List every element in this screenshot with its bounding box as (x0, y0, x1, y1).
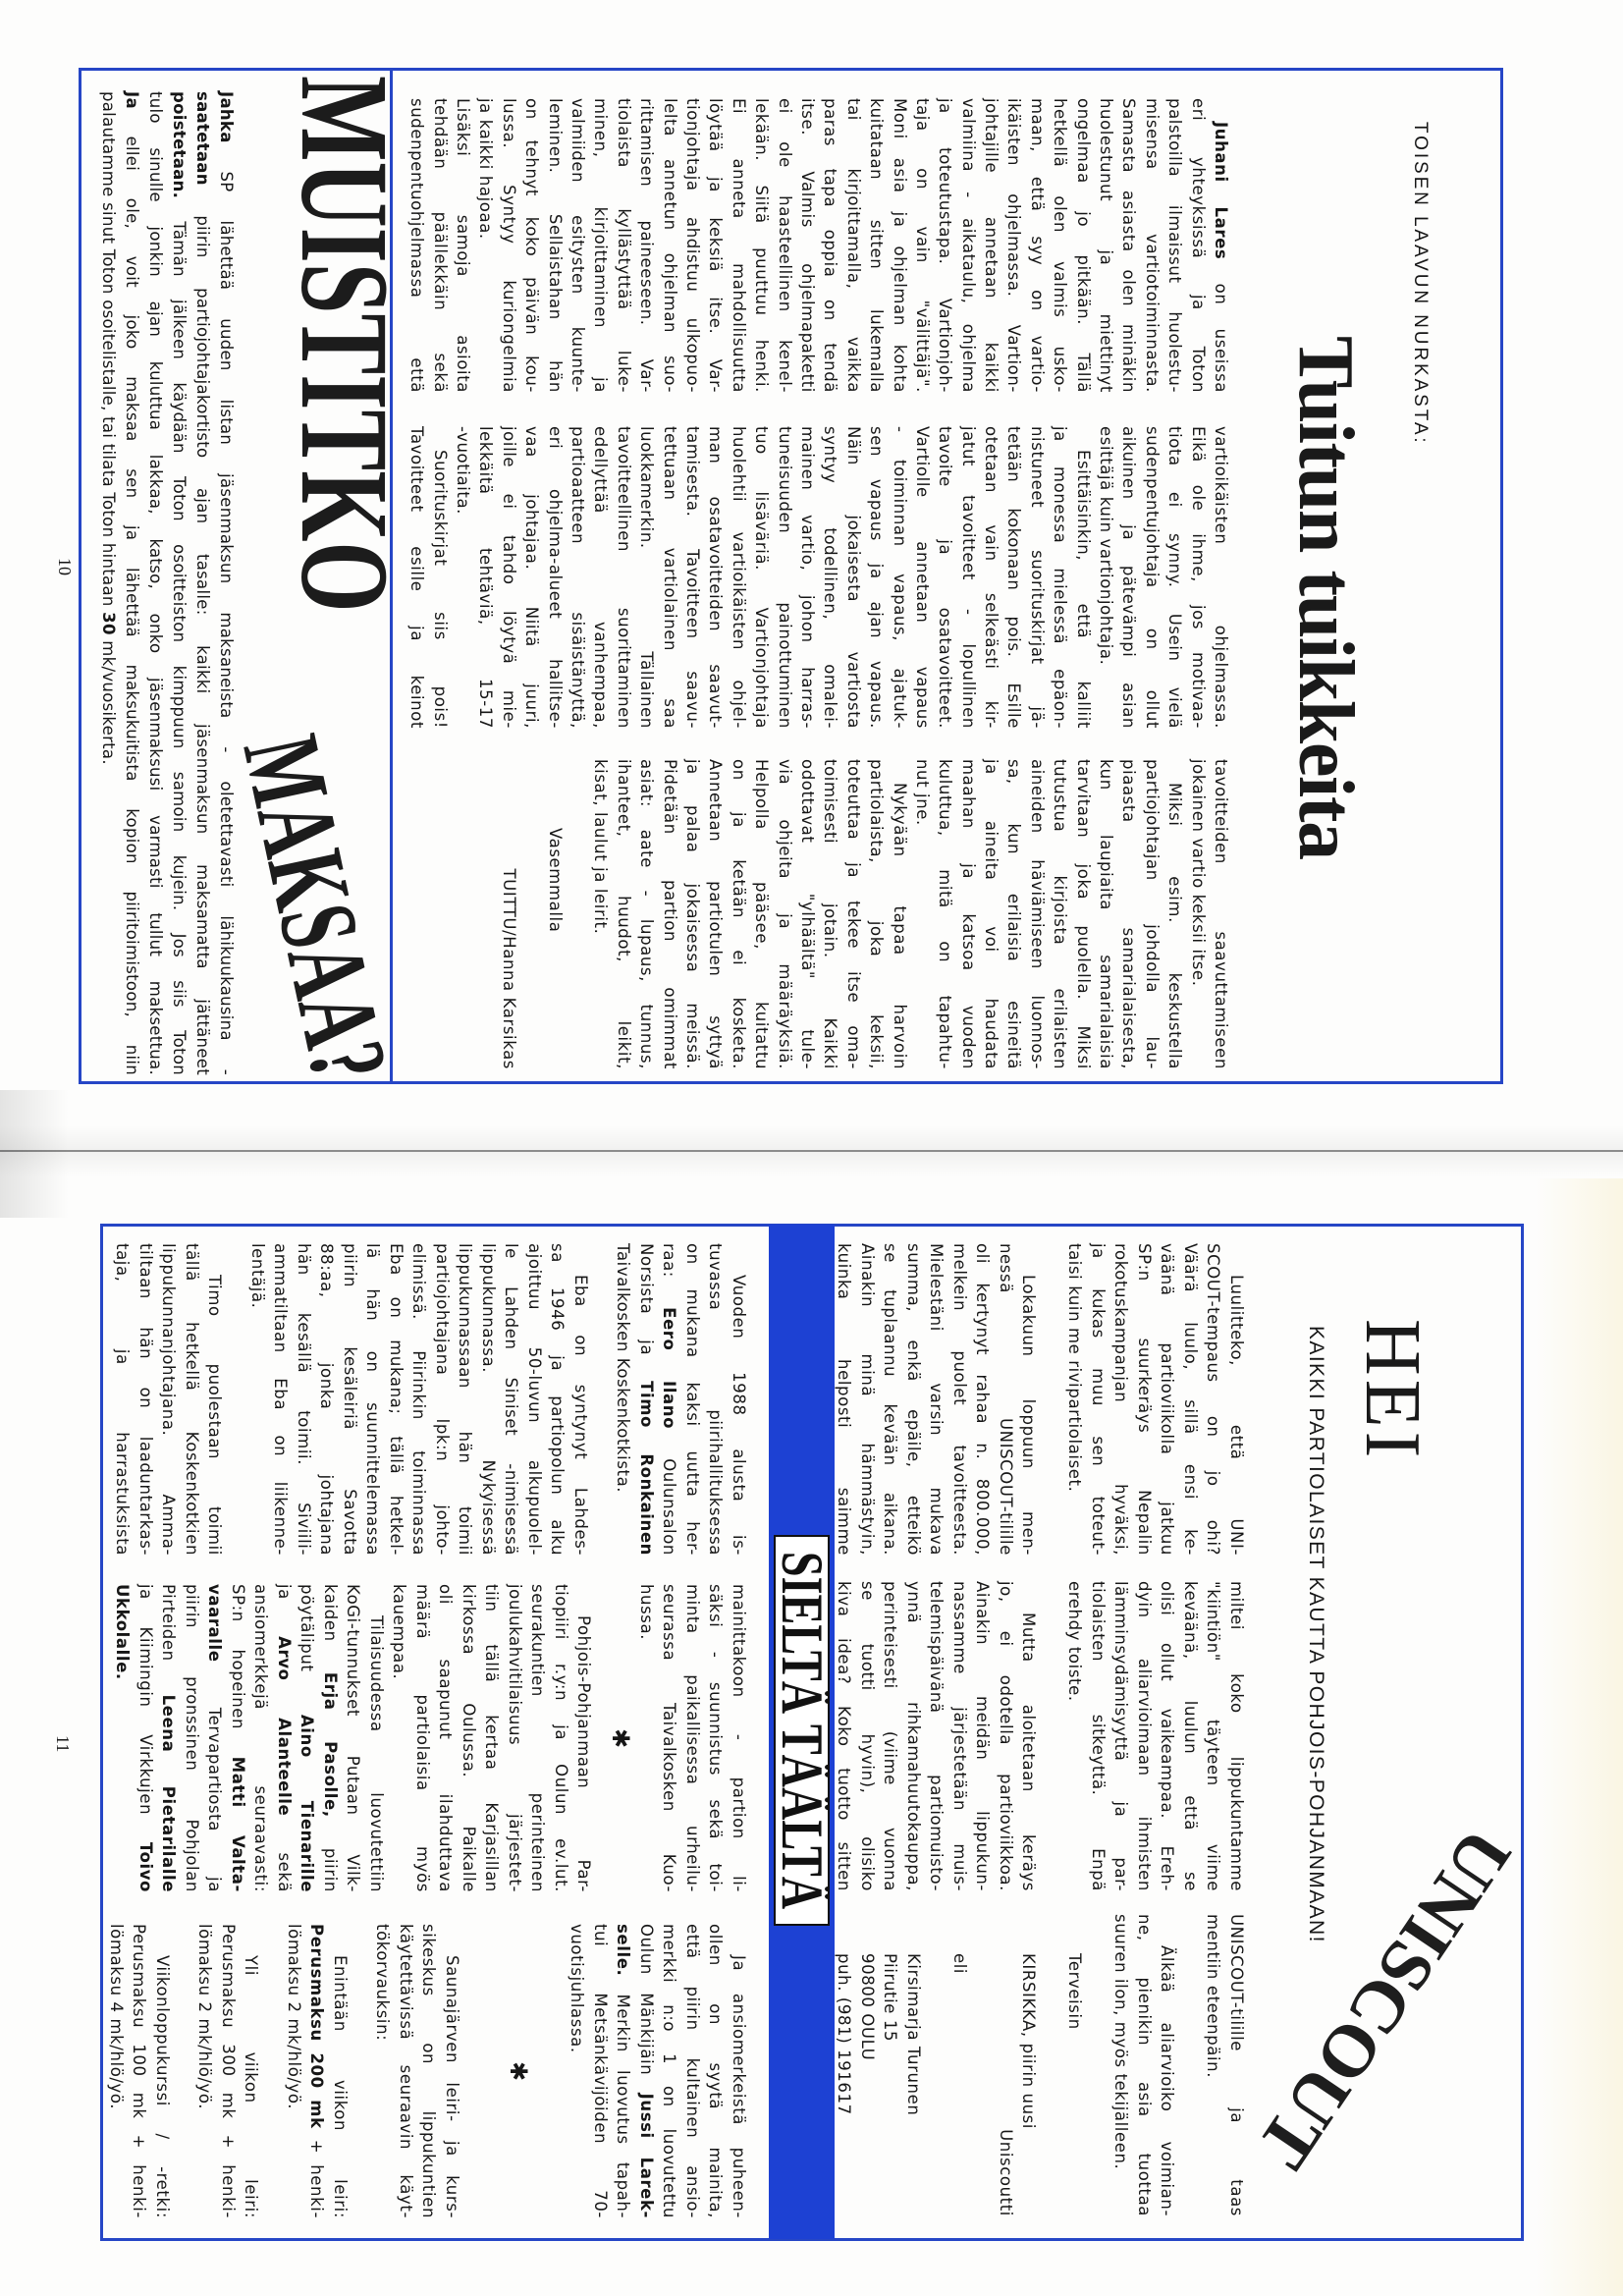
text-line: tiltaan hän on laaduntarkas- (135, 1243, 158, 1556)
text-line: kuinka helposti saimme (833, 1243, 856, 1556)
text-line: ongelmaa jo pitkään. Tällä (1071, 98, 1094, 393)
text-line: lömaksu 2 mk/hlö/yö. (283, 1924, 306, 2218)
text-line: tarvitaan joka puolella. Miksi (1071, 759, 1094, 1069)
text-line: odottavat "ylhäältä" tule- (796, 759, 819, 1069)
paragraph: Juhani Lares on useissaeri yhteyksissä j… (474, 98, 1232, 393)
text-line: kuluttua, mitä on tapahtu- (934, 759, 956, 1069)
text-line: palstoilla ilmaissut huolestu- (1163, 98, 1186, 393)
page-number: 10 (56, 558, 74, 575)
text-line: jokainen vartio keksii itse. (1186, 759, 1209, 1069)
bold-text-run: poistetaan. (170, 91, 189, 198)
text-line: partiolaista, joka keksii, (865, 759, 888, 1069)
text-line: johtajille annetaan kaikki (980, 98, 1002, 393)
text-line: leminen. Sellaistahan hän (543, 98, 566, 393)
text-line: tuneisuuden painottuminen (773, 426, 795, 729)
text-run: Merkin luovutus tapah- (615, 1976, 633, 2218)
paragraph: Pohjois-Pohjanmaan Par-tiopiiri r.y:n ja… (388, 1584, 596, 1892)
text-line: tiopiiri r.y:n ja Oulun ev.lut. (550, 1584, 573, 1892)
text-line: 90800 OULU (856, 1914, 880, 2216)
text-line: seurakuntien perinteinen (526, 1584, 550, 1892)
text-line: summa, enkä epäile, etteikö (902, 1243, 926, 1556)
text-line: Nykyään tapaa harvoin (888, 759, 910, 1069)
paragraph: Eba on syntynyt Lahdes-sa 1946 ja partio… (246, 1243, 593, 1556)
paragraph: Saunajärven leiri- ja kurs-sikeskus on l… (371, 1924, 463, 2218)
text-line: tiolaista kyllästyttää luke- (612, 98, 634, 393)
paragraph: mainittakoon - partion li-säksi - suunni… (635, 1584, 751, 1892)
page-fold-line (0, 1150, 1623, 1152)
section-banner-text: SIELTÄ TÄÄLTÄ (776, 1552, 828, 1909)
signature-role: Uniscoutti (995, 1914, 1018, 2216)
text-line: Lisäksi samoja asioita (452, 98, 474, 393)
page-curl-shadow (0, 1090, 69, 1218)
text-line: valmiiden esitysten kuunte- (567, 98, 589, 393)
text-line: tutustua kirjoista erilaisten (1049, 759, 1071, 1069)
column-kicker: TOISEN LAAVUN NURKASTA: (1411, 122, 1430, 446)
text-line: lippukunnassa. Nykyisessä (477, 1243, 501, 1556)
text-line: Taivalkosken Koskenkotkista. (612, 1243, 635, 1556)
text-line: joille ei tahdo löytyä mie- (498, 426, 520, 729)
bold-text-run: Erja Pasolle, (321, 1672, 340, 1818)
text-line: erehdy toiste. (1063, 1581, 1087, 1891)
article-column-3: tavoitteiden saavuttamiseenjokainen vart… (498, 759, 1233, 1069)
page-11: HEI KAIKKI PARTIOLAISET KAUTTA POHJOIS-P… (102, 1225, 1523, 2239)
signature-name: KIRSIKKA, piirin uusi (1017, 1914, 1041, 2216)
paragraph: Tilaisuudessa luovutettiinKoGi-tunnukset… (111, 1584, 388, 1892)
paragraph: UNISCOUT-tilille ja taasmentiin eteenpäi… (1202, 1914, 1248, 2216)
text-line: tamisesta. Tavoitteen saavu- (681, 426, 704, 729)
text-run: kaiden (321, 1584, 340, 1672)
text-line: telemispäivänä partiomuisto- (925, 1581, 948, 1891)
text-line: Pohjois-Pohjanmaan Par- (572, 1584, 596, 1892)
text-line: lelta annetun ohjelman suo- (658, 98, 680, 393)
text-line: se tuotti hyvin), olisiko (856, 1581, 880, 1891)
text-line: taja on vain "välittäjä". (911, 98, 934, 393)
text-line: joulukahvitilaisuus järjestet- (504, 1584, 527, 1892)
text-line: on ja ketään ei kosketa. (727, 759, 749, 1069)
article-column-1: Juhani Lares on useissaeri yhteyksissä j… (406, 98, 1232, 393)
text-line: käytettävissä seuraavin käyt- (395, 1924, 418, 2218)
text-line: le Lahden Siniset -nimisessä (500, 1243, 523, 1556)
text-line: SCOUT-tempaus on jo ohi? (1202, 1243, 1225, 1556)
text-line: minta paikallisessa urheilu- (681, 1584, 705, 1892)
text-line: ei ole haasteellinen kenel- (773, 98, 795, 393)
text-line: Juhani Lares on useissa (1210, 98, 1232, 393)
text-run: SP lähettää uuden listan jäsenmaksun mak… (217, 143, 236, 1075)
text-run: + henki- (308, 2129, 327, 2218)
text-line: Timo puolestaan toimii (203, 1243, 227, 1556)
text-line: kiva idea? Koko tuotto sitten (833, 1581, 856, 1891)
text-line: lippukunnassaan hän toimii (454, 1243, 477, 1556)
text-line: tökorvauksin: (371, 1924, 395, 2218)
text-line: itse. Valmis ohjelmapaketti (796, 98, 819, 393)
text-line: -vuotiaita. (452, 426, 474, 729)
text-line: ja Kiimingin Virkkujen Toivo (135, 1584, 158, 1892)
text-line: että piirin kultainen ansio- (681, 1924, 705, 2218)
text-line: rokotuskampanjan hyväksi, (1109, 1243, 1133, 1556)
text-line: ja kaikki hajoaa. (474, 98, 497, 393)
text-line: Enintään viikon leiri: (329, 1924, 352, 2218)
text-line: oli kertynyt rahaa n. 800.000, (971, 1243, 995, 1556)
article-title: Tuitun tuikkeita (1286, 336, 1365, 859)
text-line: lä hän on suunnittelemassa (361, 1243, 385, 1556)
bold-text-run: Jahka (217, 91, 236, 143)
text-run: piirin partiojohtajakortisto ajan tasall… (193, 186, 212, 1075)
notice-heading-line-1: MUISTITKO (282, 76, 407, 613)
text-line: eli (948, 1914, 972, 2216)
text-run: palautamme sinut Toton osoitelistalle, t… (99, 91, 118, 612)
text-line: partiojohtajana lpk:n johto- (431, 1243, 455, 1556)
text-line: lekkäitä tehtäviä, 15-17 (474, 426, 497, 729)
asterisk-separator-icon: ✱ (596, 1584, 635, 1892)
text-line: selle. Merkin luovutus tapah- (612, 1924, 635, 2218)
text-line: Luulitteko, että UNI- (1225, 1243, 1249, 1556)
text-line: Näin jokaisesta vartiosta (841, 426, 864, 729)
text-line: ikäisten ohjelmassa. Vartion- (1002, 98, 1025, 393)
paragraph: vartioikäisten ohjelmassa.Eikä ole ihme,… (1095, 426, 1232, 729)
text-line: se tuplaannu kevään aikana. (879, 1243, 902, 1556)
text-line: nut jne. (911, 759, 934, 1069)
text-line: väänä partioviikolla jatkuu (1156, 1243, 1179, 1556)
paragraph: Ja ansiomerkeistä puheen-ollen on syytä … (566, 1924, 750, 2218)
text-line: nessä UNISCOUT-tilille (995, 1243, 1018, 1556)
text-line: vaa johtajaa. Niitä juuri, (520, 426, 543, 729)
text-line: toteuttaa ja tekee itse oma- (841, 759, 864, 1069)
paragraph: Älkää aliarvioiko voimian-ne, pienikin a… (1109, 1914, 1179, 2216)
article-column-2: vartioikäisten ohjelmassa.Eikä ole ihme,… (406, 426, 1232, 729)
text-line: Vartiolle annetaan vapaus (911, 426, 934, 729)
text-line: sikeskus on lippukuntien (417, 1924, 441, 2218)
text-line: mentiin eteenpäin. (1202, 1914, 1225, 2216)
text-line: sa 1946 ja partiopolun alku (546, 1243, 569, 1556)
text-line: partioaatteen sisäistänyttä, (567, 426, 589, 729)
text-line: KoGi-tunnukset Putaan Vilk- (342, 1584, 365, 1892)
text-line: man osatavoitteiden saavut- (704, 426, 727, 729)
text-line: Esittäisinkin, että kalliit (1071, 426, 1094, 729)
text-run: piirin (321, 1818, 340, 1892)
text-line: ja toteutustapa. Vartionjoh- (934, 98, 956, 393)
text-line: Tilaisuudessa luovutettiin (365, 1584, 389, 1892)
paper-edge-tint (1535, 1178, 1623, 2296)
bold-text-run: 30 (99, 612, 118, 635)
text-line: saatetaan piirin partiojohtajakortisto a… (190, 91, 214, 1075)
text-line: luokkamerkin. Tällainen (635, 426, 658, 729)
text-line: on mukana kaksi uutta her- (681, 1243, 705, 1556)
paragraph: Jahka SP lähettää uuden listan jäsenmaks… (96, 91, 238, 1075)
bold-text-run: Juhani Lares (1212, 122, 1230, 259)
text-line: ynnä rihkamahuutokauppa, (902, 1581, 926, 1891)
text-line: ja monessa mielessä epäon- (1049, 426, 1071, 729)
text-line: Mutta aloitetaan keräys (1017, 1581, 1041, 1891)
text-line: nassamme järjestetään muis- (948, 1581, 972, 1891)
text-line: elimissä. Piirinkin toiminnassa (407, 1243, 431, 1556)
paragraph: Timo puolestaan toimiitällä hetkellä Kos… (111, 1243, 227, 1556)
bold-text-run: Jussi Larek- (637, 2094, 656, 2218)
text-line: taisi kuin me rivipartiolaiset. (1063, 1243, 1087, 1556)
text-line: lekään. Siitä puuttuu henki. (750, 98, 773, 393)
text-line: syntyy todellinen, omalei- (819, 426, 841, 729)
price-item: Viikonloppukurssi / -retki:Perusmaksu 10… (105, 1924, 175, 2218)
paragraph: Nykyään tapaa harvoinpartiolaista, joka … (589, 759, 910, 1069)
text-line: tiota ei synny. Usein vielä (1163, 426, 1186, 729)
notice-body: Jahka SP lähettää uuden listan jäsenmaks… (96, 91, 238, 1075)
text-line: perinteisesti (viime vuonna (879, 1581, 902, 1891)
contact-address: Kirsimarja TurunenPiirutie 1590800 OULUp… (833, 1914, 925, 2216)
text-line: melkein puolet tavoitteesta. (948, 1243, 972, 1556)
text-line: - toiminnan vapaus, ajatuk- (888, 426, 910, 729)
bold-text-run: selle. (615, 1924, 633, 1976)
text-line: "kiintiön" täyteen viime (1202, 1581, 1225, 1891)
text-line: huolestunut ja miettinyt (1095, 98, 1117, 393)
text-line: lussa. Syntyy kuriongelmia (498, 98, 520, 393)
text-line: aineiden häviämiseen luonnos- (1025, 759, 1048, 1069)
text-line: piirin kesäleiriä Savotta (339, 1243, 362, 1556)
text-run: ja (275, 1584, 294, 1636)
text-run: Oulunsalon (661, 1429, 679, 1556)
text-line: lippukunnanjohtajana. Amma- (157, 1243, 181, 1556)
text-line: ammatiltaan Eba on liikenne- (269, 1243, 293, 1556)
text-line: sudenpentujohtaja on ollut (1140, 426, 1163, 729)
text-line: Norsista ja Timo Ronkainen (635, 1243, 659, 1556)
text-line: Annetaan partiotulen syttyä (704, 759, 727, 1069)
text-line: Saunajärven leiri- ja kurs- (441, 1924, 464, 2218)
text-line: tai kirjoittamalla, vaikka (841, 98, 864, 393)
text-line: rittamisen paineeseen. Var- (635, 98, 658, 393)
text-line: dyin aliarvioimaan ihmisten (1133, 1581, 1157, 1891)
text-line: vartioikäisten ohjelmassa. (1210, 426, 1232, 729)
text-line: ajoittuu 50-luvun alkupuolel- (523, 1243, 547, 1556)
price-item: Yli viikon leiri:Perusmaksu 300 mk + hen… (193, 1924, 263, 2218)
text-line: tällä hetkellä Koskenkotkien (181, 1243, 204, 1556)
text-line: toimisesti jotain. Kaikki (819, 759, 841, 1069)
bold-text-run: Matti Valta- (229, 1757, 247, 1892)
text-line: keväänä, luulun että se (1179, 1581, 1203, 1891)
text-line: SP:n suurkeräys Nepalin (1133, 1243, 1157, 1556)
paragraph: Lokakuun loppuun men-nessä UNISCOUT-tili… (833, 1243, 1041, 1556)
text-line: minen, kirjoittaminen ja (589, 98, 612, 393)
text-line: poistetaan. Tämän jälkeen käydään Toton … (167, 91, 190, 1075)
text-line: kauempaa. (388, 1584, 411, 1892)
text-run: Oulun Mänkijäin (637, 1924, 656, 2094)
bold-text-run: Arvo Alanteelle (275, 1636, 294, 1816)
text-line: Perusmaksu 300 mk + henki- (217, 1924, 241, 2218)
text-line: tiolaisten sitkeyttä. Enpä (1087, 1581, 1110, 1891)
text-line: Ukkolalle. (111, 1584, 135, 1892)
bold-text-run: Ja (123, 91, 141, 109)
page-subtitle: KAIKKI PARTIOLAISET KAUTTA POHJOIS-POHJA… (1306, 1326, 1326, 1943)
text-line: valmiina - aikataulu, ohjelma (956, 98, 979, 393)
intro-column-1: Luulitteko, että UNI-SCOUT-tempaus on jo… (833, 1243, 1248, 1556)
text-line: ne, pienikin asia tuottaa (1133, 1914, 1157, 2216)
page-10: TOISEN LAAVUN NURKASTA: Tuitun tuikkeita… (81, 69, 1502, 1082)
text-line: Väärä luulo, sillä ensi ke- (1179, 1243, 1203, 1556)
text-run: raa: (661, 1243, 679, 1307)
text-run: Tervapartiosta ja (206, 1663, 225, 1892)
price-item: Enintään viikon leiri:Perusmaksu 200 mk … (283, 1924, 352, 2218)
text-run: Norsista ja (637, 1243, 656, 1381)
text-line: ja kukas muu sen toteut- (1087, 1243, 1110, 1556)
paragraph: Esittäisinkin, että kalliitja monessa mi… (452, 426, 1095, 729)
text-line: vuotisjuhlassa. (566, 1924, 589, 2218)
text-line: Ainakin meidän lippukun- (971, 1581, 995, 1891)
bold-text-run: Perusmaksu 200 mk (308, 1924, 327, 2129)
text-line: Miksi esim. keskustella (1163, 759, 1186, 1069)
text-line: vaaralle Tervapartiosta ja (203, 1584, 227, 1892)
text-line: tionjohtaja ahdistuu ulkopuo- (681, 98, 704, 393)
bold-text-run: saatetaan (193, 91, 212, 186)
asterisk-separator-icon: ✱ (463, 1924, 566, 2218)
bold-text-run: Eero Ilano (661, 1307, 679, 1429)
text-line: esittäjä kuin vartionjohtaja. (1095, 426, 1117, 729)
text-line: Lokakuun loppuun men- (1017, 1243, 1041, 1556)
text-line: Viikonloppukurssi / -retki: (151, 1924, 175, 2218)
bold-text-run: Toivo (136, 1842, 155, 1892)
text-line: huolehtii vartioikäisten ohjel- (727, 426, 749, 729)
text-run: mk/vuosikerta. (99, 635, 118, 765)
news-column-1: Vuoden 1988 alusta is-tuvassa piirihalli… (111, 1243, 750, 1556)
text-line: tui Metsänkävijöiden 70- (589, 1924, 613, 2218)
text-line: tavoite ja osatavoitteet. (934, 426, 956, 729)
text-line: Oulun Mänkijäin Jussi Larek- (635, 1924, 659, 2218)
text-line: maahan ja katsoa vuoden (956, 759, 979, 1069)
paragraph: tavoitteiden saavuttamiseenjokainen vart… (1186, 759, 1232, 1069)
text-line: eri yhteyksissä ja Toton (1186, 98, 1209, 393)
text-line: Eikä ole ihme, jos motivaa- (1186, 426, 1209, 729)
text-line: Vasemmalla (543, 759, 566, 1069)
bold-text-run: Ukkolalle. (114, 1584, 133, 1680)
text-line: Vuoden 1988 alusta is- (728, 1243, 751, 1556)
text-line: Helpolla pääsee, kuitattu (750, 759, 773, 1069)
text-line: Suorituskirjat siis pois! (428, 426, 451, 729)
text-line: tuo lisäväriä. Vartionjohtaja (750, 426, 773, 729)
signature-connector: eli (948, 1914, 972, 2216)
text-line: Eba on syntynyt Lahdes- (569, 1243, 593, 1556)
text-line: löytää ja keksiä itse. Var- (704, 98, 727, 393)
text-line: Mielestäni varsin mukava (925, 1243, 948, 1556)
text-line: lömaksu 4 mk/hlö/yö. (105, 1924, 129, 2218)
text-line: Yli viikon leiri: (240, 1924, 263, 2218)
text-line: oli saapunut ilahduttava (434, 1584, 458, 1892)
text-line: hetkellä olen valmis usko- (1049, 98, 1071, 393)
text-line: taja, ja harrastuksista (111, 1243, 135, 1556)
text-line: Ei anneta mahdollisuutta (727, 98, 749, 393)
text-line: Eba on mukana; tällä hetkel- (385, 1243, 408, 1556)
text-run: Tämän jälkeen käydään Toton osoitteiston… (170, 198, 189, 1075)
text-line: lentäjä. (246, 1243, 270, 1556)
text-line: raa: Eero Ilano Oulunsalon (658, 1243, 681, 1556)
text-run: sekä (275, 1816, 294, 1892)
bold-text-run: Leena Pietarilalle (160, 1695, 179, 1892)
text-line: kaiden Erja Pasolle, piirin (319, 1584, 343, 1892)
text-line: merkki n:o 1 on luovutettu (658, 1924, 681, 2218)
paragraph: Mutta aloitetaan keräysjo, ei odotella p… (833, 1581, 1041, 1891)
text-run: ja Kiimingin Virkkujen (136, 1584, 155, 1842)
text-line: sen vapaus ja ajan vapaus. (865, 426, 888, 729)
text-line: kun laupiaita samarialaisia (1095, 759, 1117, 1069)
text-run: on useissa (1212, 259, 1230, 393)
news-column-3: Ja ansiomerkeistä puheen-ollen on syytä … (105, 1924, 751, 2218)
text-line: lämminsydämisyyttä ja par- (1109, 1581, 1133, 1891)
text-line: misensa vartiotoiminnasta. (1140, 98, 1163, 393)
paragraph: Vuoden 1988 alusta is-tuvassa piirihalli… (612, 1243, 750, 1556)
text-line: ja Arvo Alanteelle sekä (273, 1584, 297, 1892)
text-line: via ohjeita ja määräyksiä. (773, 759, 795, 1069)
text-line: SP:n hopeinen Matti Valta- (227, 1584, 250, 1892)
page-number: 11 (54, 1735, 72, 1752)
text-line: Pirteiden Leena Pietarilalle (157, 1584, 181, 1892)
text-line: jo, ei odotella partioviikkoa. (995, 1581, 1018, 1891)
intro-column-2: miltei koko lippukuntamme"kiintiön" täyt… (833, 1581, 1248, 1891)
text-line: seurassa Taivalkosken Kuo- (658, 1584, 681, 1892)
paragraph: Lisäksi samoja asioitatehdään päällekkäi… (406, 98, 474, 393)
text-line: piirin pronssinen Pohjolan (181, 1584, 204, 1892)
text-line: tulo sinulle jonkin ajan kuluttua lakkaa… (143, 91, 167, 1075)
greeting: Terveisin (1063, 1914, 1087, 2216)
text-line: Perusmaksu 100 mk + henki- (128, 1924, 151, 2218)
text-line: on tehnyt koko päivän kou- (520, 98, 543, 393)
text-line: tiin tällä kertaa Karjasillan (480, 1584, 504, 1892)
text-line: mainen vartio, johon harras- (796, 426, 819, 729)
text-line: maan, että syy on vartio- (1025, 98, 1048, 393)
section-banner-label: SIELTÄ TÄÄLTÄ (774, 1535, 830, 1926)
text-line: ihanteet, huudot, leikit, (612, 759, 634, 1069)
page-title: HEI (1353, 1319, 1432, 1461)
text-line: 88:aa, jonka johtajana (315, 1243, 339, 1556)
text-line: UNISCOUT-tilille ja taas (1225, 1914, 1249, 2216)
text-run: ellei ole, voit joko maksaa sen ja lähet… (123, 109, 141, 1075)
paragraph: miltei koko lippukuntamme"kiintiön" täyt… (1063, 1581, 1248, 1891)
text-line: Piirutie 15 (879, 1914, 902, 2216)
text-line: tettuaan vartiolainen saa (658, 426, 680, 729)
text-line: Terveisin (1063, 1914, 1087, 2216)
text-line: hän kesällä toimii. Siviili- (293, 1243, 316, 1556)
text-line: jatut tavoitteet - lopullinen (956, 426, 979, 729)
text-line: tetään kokonaan pois. Esille (1002, 426, 1025, 729)
text-line: suuren ilon, myös tekijälleen. (1109, 1914, 1133, 2216)
text-run: SP:n hopeinen (229, 1584, 247, 1757)
text-line: Perusmaksu 200 mk + henki- (305, 1924, 329, 2218)
text-run: pöytäliput (298, 1584, 317, 1715)
text-line: piaasta samarialaisesta, (1117, 759, 1140, 1069)
text-run: Pirteiden (160, 1584, 179, 1695)
text-line: pöytäliput Aino Tienarille (296, 1584, 319, 1892)
text-line: Ja ellei ole, voit joko maksaa sen ja lä… (120, 91, 143, 1075)
paragraph: Luulitteko, että UNI-SCOUT-tempaus on jo… (1063, 1243, 1248, 1556)
text-line: kuitataan sitten lukemalla (865, 98, 888, 393)
text-line: nistuneet suorituskirjat jä- (1025, 426, 1048, 729)
text-line: kisat, laulut ja leirit. (589, 759, 612, 1069)
intro-column-3: UNISCOUT-tilille ja taasmentiin eteenpäi… (833, 1914, 1248, 2216)
text-line: puh. (981) 191617 (833, 1914, 856, 2216)
text-line: säksi - suunnistus sekä toi- (704, 1584, 728, 1892)
text-line: mainittakoon - partion li- (728, 1584, 751, 1892)
text-line: partiojohtajan johdolla lau- (1140, 759, 1163, 1069)
text-line: aikuinen ja pätevämpi asian (1117, 426, 1140, 729)
text-line: TUITTU/Hanna Karsikas (498, 759, 520, 1069)
bold-text-run: Aino Tienarille (298, 1715, 317, 1892)
paragraph: Miksi esim. keskustellapartiojohtajan jo… (911, 759, 1187, 1069)
text-line: edellyttää vanhempaa, (589, 426, 612, 729)
text-line: Uniscoutti (995, 1914, 1018, 2216)
text-line: ansiomerkkejä seuraavasti: (249, 1584, 273, 1892)
text-line: paras tapa oppia on tendä (819, 98, 841, 393)
text-line: eri ohjelma-alueet hallitse- (543, 426, 566, 729)
text-line: ja aineita voi haudata (980, 759, 1002, 1069)
text-line: määrä partiolaisia myös (411, 1584, 435, 1892)
text-line: miltei koko lippukuntamme (1225, 1581, 1249, 1891)
text-line: hussa. (635, 1584, 659, 1892)
text-line: tehdään päällekkäin sekä (428, 98, 451, 393)
news-column-2: mainittakoon - partion li-säksi - suunni… (111, 1584, 750, 1892)
